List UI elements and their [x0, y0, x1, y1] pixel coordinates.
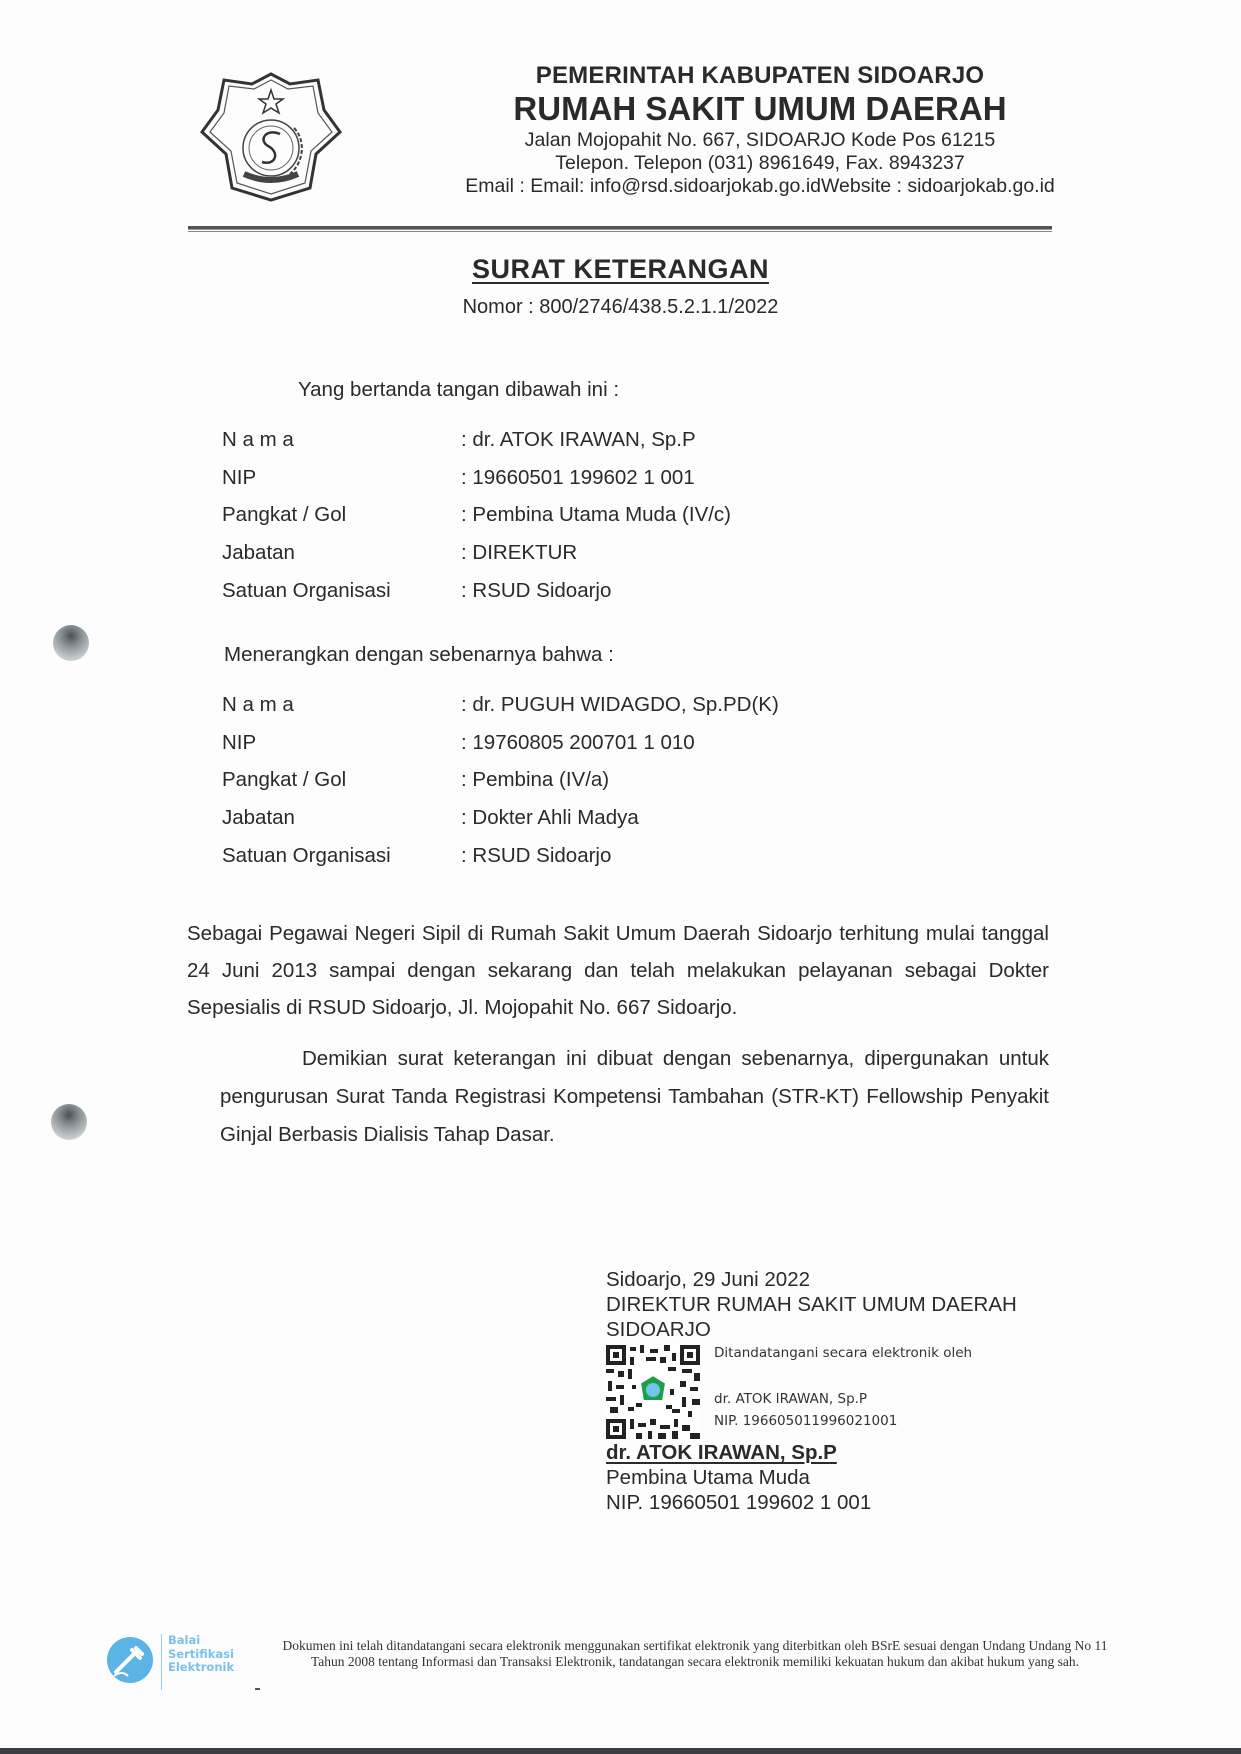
subject-position-label: Jabatan	[222, 806, 295, 830]
signatory-name: dr. ATOK IRAWAN, Sp.P	[606, 1441, 837, 1464]
signature-place-date: Sidoarjo, 29 Juni 2022	[606, 1268, 810, 1291]
esign-caption: Ditandatangani secara elektronik oleh	[714, 1345, 972, 1361]
subject-unit-value: : RSUD Sidoarjo	[461, 844, 611, 868]
signer-intro: Yang bertanda tangan dibawah ini :	[298, 378, 619, 402]
body-paragraph-2: Demikian surat keterangan ini dibuat den…	[220, 1040, 1049, 1154]
signer-nip-label: NIP	[222, 466, 256, 490]
signatory-nip: NIP. 19660501 199602 1 001	[606, 1491, 871, 1514]
punch-hole-top	[53, 625, 89, 661]
bsre-label-3: Elektronik	[168, 1661, 234, 1675]
signer-name-label: N a m a	[222, 428, 294, 452]
punch-hole-bottom	[51, 1104, 87, 1140]
signer-unit-value: : RSUD Sidoarjo	[461, 579, 611, 603]
stray-mark	[255, 1688, 260, 1690]
institution-name: RUMAH SAKIT UMUM DAERAH	[400, 90, 1120, 128]
bsre-label-1: Balai	[168, 1634, 234, 1648]
document-title-text: SURAT KETERANGAN	[472, 254, 769, 284]
subject-name-value: : dr. PUGUH WIDAGDO, Sp.PD(K)	[461, 693, 779, 717]
institution-address: Jalan Mojopahit No. 667, SIDOARJO Kode P…	[400, 129, 1120, 152]
esign-name: dr. ATOK IRAWAN, Sp.P	[714, 1391, 867, 1407]
scan-edge	[0, 1748, 1241, 1754]
letterhead-divider-thin	[188, 231, 1052, 232]
subject-nip-value: : 19760805 200701 1 010	[461, 731, 695, 755]
letterhead-divider	[188, 226, 1052, 230]
bsre-divider	[161, 1634, 162, 1690]
bsre-key-icon	[106, 1636, 154, 1684]
signer-rank-label: Pangkat / Gol	[222, 503, 346, 527]
document-title: SURAT KETERANGAN	[0, 254, 1241, 285]
bsre-logo: Balai Sertifikasi Elektronik	[106, 1632, 256, 1692]
signer-position-label: Jabatan	[222, 541, 295, 565]
document-number: Nomor : 800/2746/438.5.2.1.1/2022	[0, 296, 1241, 319]
institution-phone: Telepon. Telepon (031) 8961649, Fax. 894…	[400, 152, 1120, 175]
signer-nip-value: : 19660501 199602 1 001	[461, 466, 695, 490]
government-name: PEMERINTAH KABUPATEN SIDOARJO	[400, 62, 1120, 90]
regency-emblem-icon	[198, 70, 344, 206]
body-paragraph-1: Sebagai Pegawai Negeri Sipil di Rumah Sa…	[187, 915, 1049, 1026]
subject-rank-label: Pangkat / Gol	[222, 768, 346, 792]
esign-nip: NIP. 196605011996021001	[714, 1413, 897, 1429]
subject-rank-value: : Pembina (IV/a)	[461, 768, 609, 792]
qr-code-icon	[606, 1345, 700, 1439]
bsre-label-2: Sertifikasi	[168, 1648, 234, 1662]
signer-rank-value: : Pembina Utama Muda (IV/c)	[461, 503, 731, 527]
subject-intro: Menerangkan dengan sebenarnya bahwa :	[224, 643, 614, 667]
subject-nip-label: NIP	[222, 731, 256, 755]
signer-name-value: : dr. ATOK IRAWAN, Sp.P	[461, 428, 696, 452]
signature-position-line2: SIDOARJO	[606, 1318, 711, 1341]
subject-unit-label: Satuan Organisasi	[222, 844, 391, 868]
signatory-rank: Pembina Utama Muda	[606, 1466, 810, 1489]
esign-legal-note: Dokumen ini telah ditandatangani secara …	[270, 1638, 1120, 1670]
subject-name-label: N a m a	[222, 693, 294, 717]
subject-position-value: : Dokter Ahli Madya	[461, 806, 639, 830]
signature-position-line1: DIREKTUR RUMAH SAKIT UMUM DAERAH	[606, 1293, 1017, 1316]
signer-unit-label: Satuan Organisasi	[222, 579, 391, 603]
institution-contact: Email : Email: info@rsd.sidoarjokab.go.i…	[400, 175, 1120, 198]
signer-position-value: : DIREKTUR	[461, 541, 577, 565]
